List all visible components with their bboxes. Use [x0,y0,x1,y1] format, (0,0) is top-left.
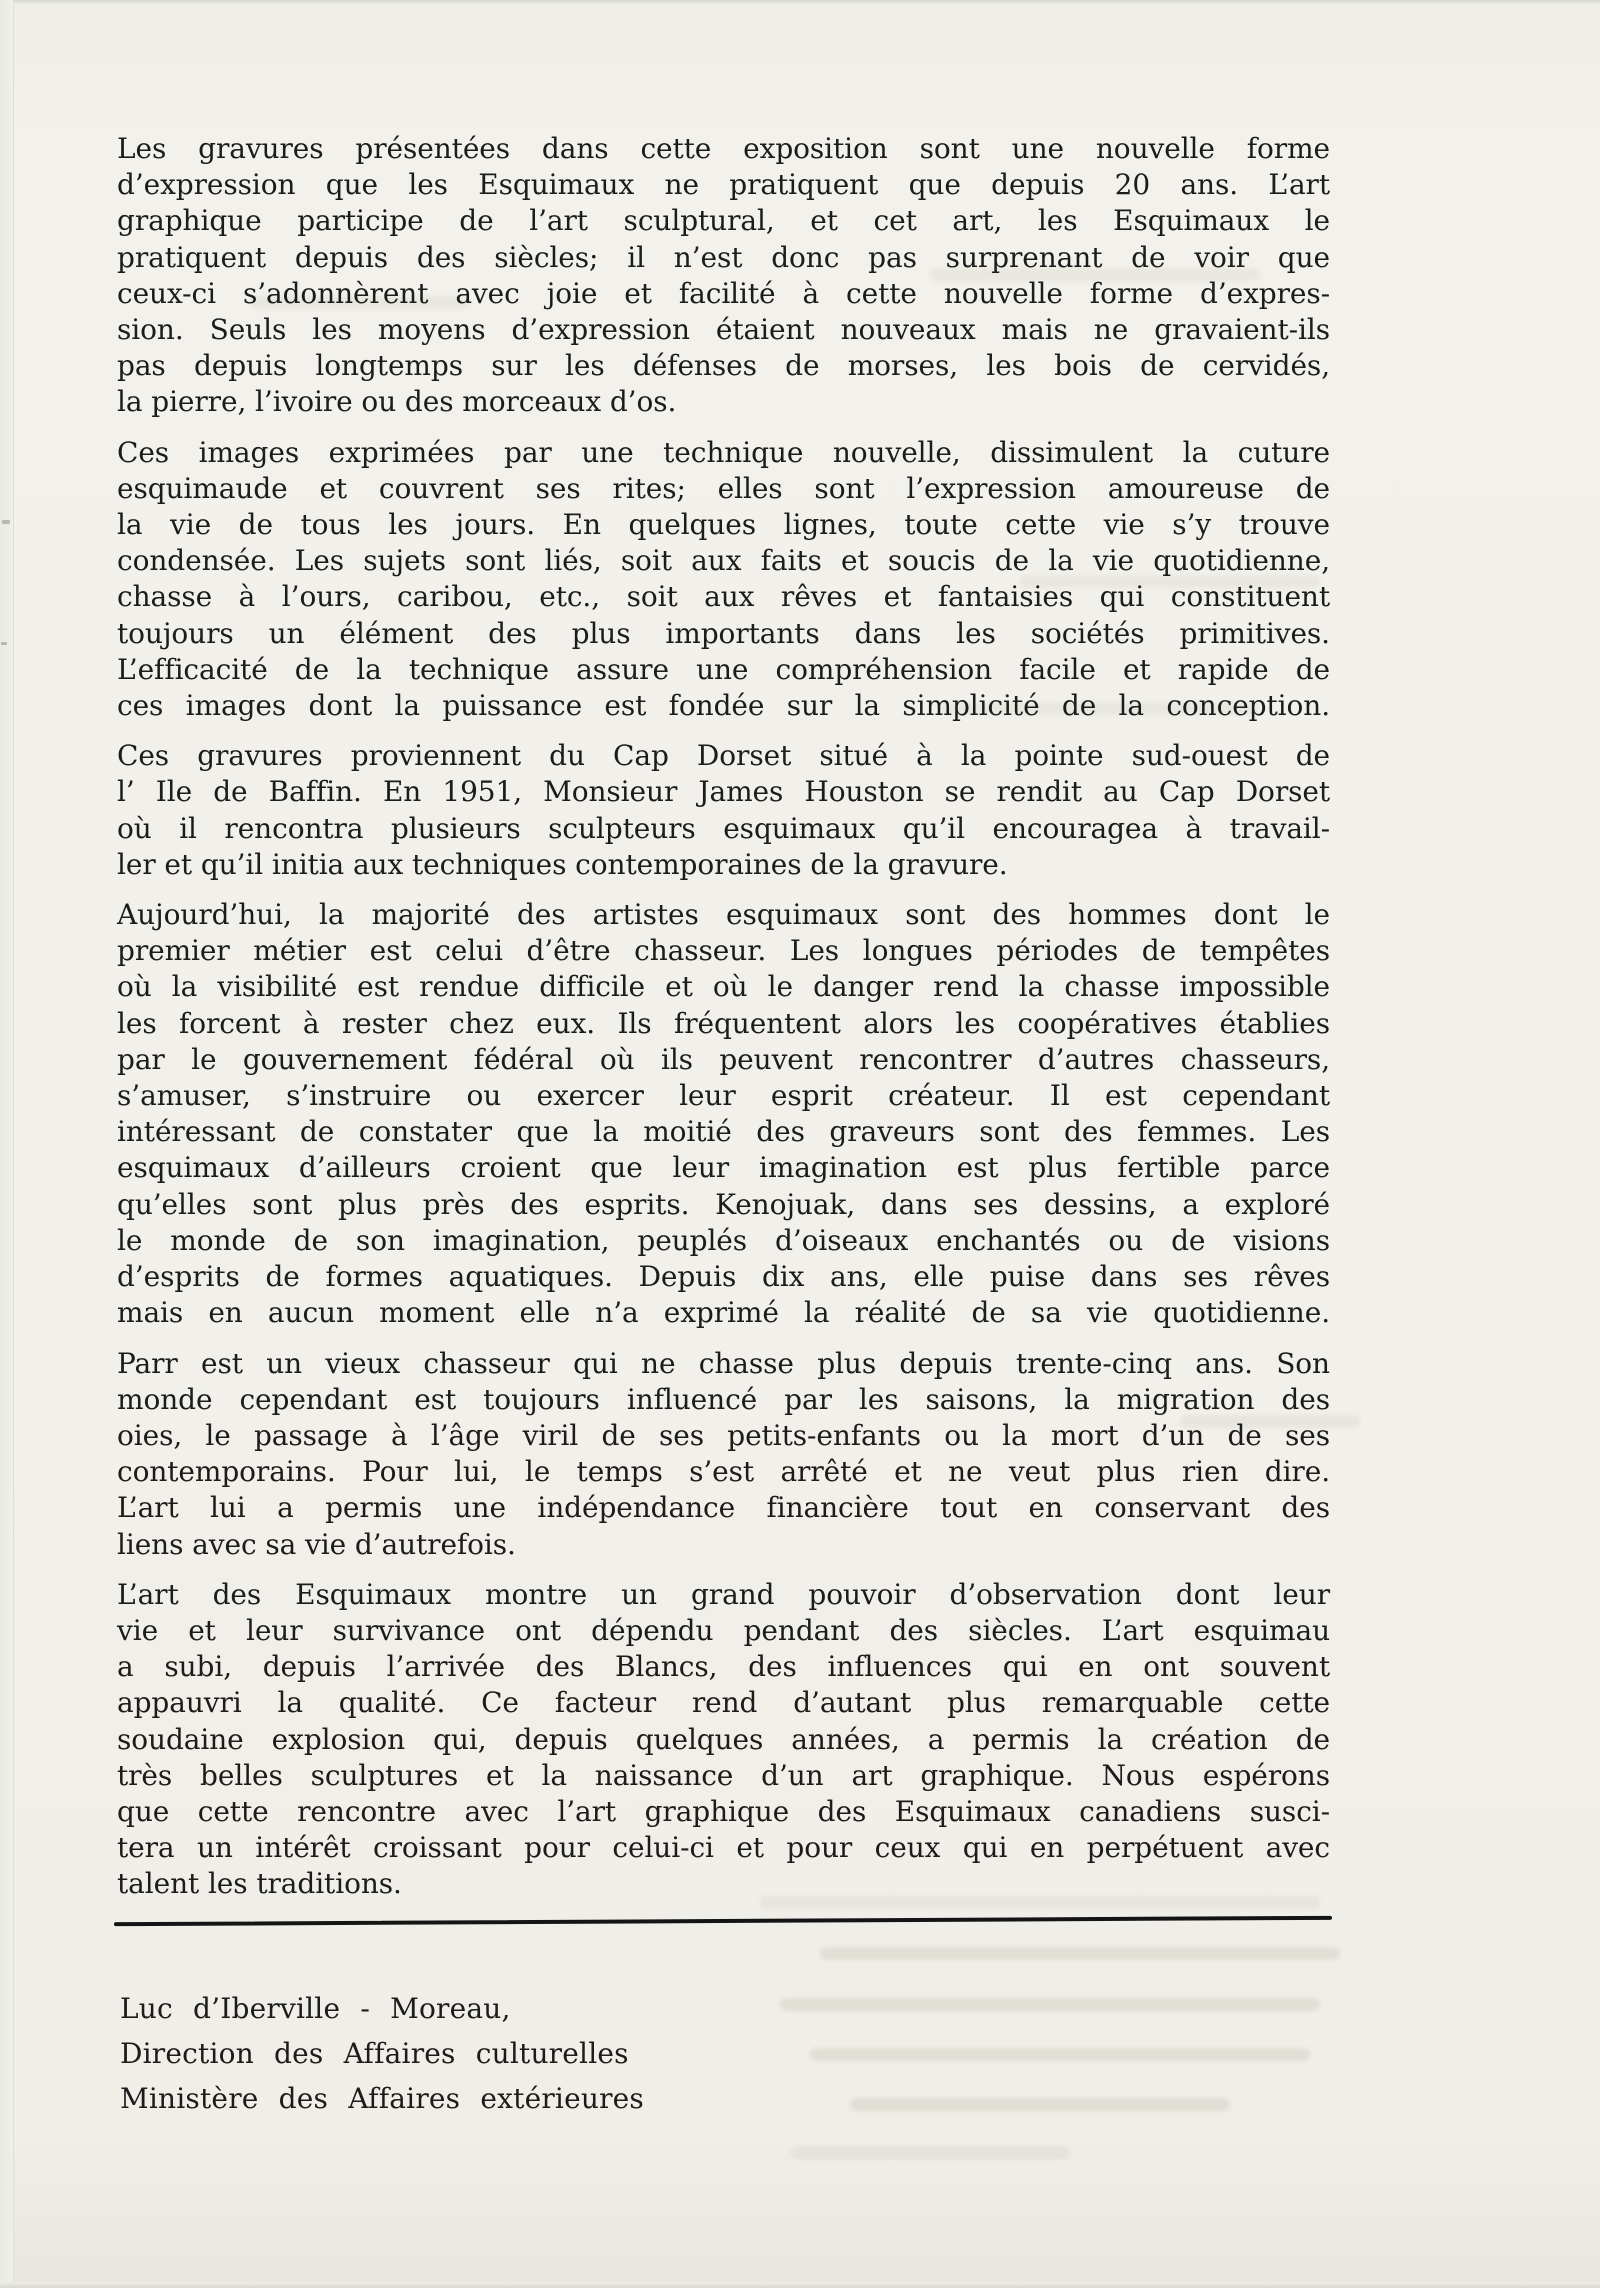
text-line: talent les traditions. [117,1866,1330,1902]
text-line: graphique participe de l’art sculptural,… [117,203,1330,239]
paragraph: Ces images exprimées par une technique n… [117,435,1330,725]
text-line: Aujourd’hui, la majorité des artistes es… [117,897,1330,933]
bleed-through-ghost [820,1947,1340,1960]
text-line: esquimaux d’ailleurs croient que leur im… [117,1150,1330,1186]
bleed-through-ghost [850,2098,1230,2111]
text-line: s’amuser, s’instruire ou exercer leur es… [117,1078,1330,1114]
scan-speck [2,520,10,524]
text-line: soudaine explosion qui, depuis quelques … [117,1722,1330,1758]
text-line: où il rencontra plusieurs sculpteurs esq… [117,811,1330,847]
text-line: les forcent à rester chez eux. Ils fréqu… [117,1006,1330,1042]
page-left-edge [0,0,14,2288]
page-bottom-edge [0,2282,1600,2288]
text-line: L’art des Esquimaux montre un grand pouv… [117,1577,1330,1613]
text-line: vie et leur survivance ont dépendu penda… [117,1613,1330,1649]
text-line: ces images dont la puissance est fondée … [117,688,1330,724]
text-line: mais en aucun moment elle n’a exprimé la… [117,1295,1330,1331]
text-line: pas depuis longtemps sur les défenses de… [117,348,1330,384]
text-line: que cette rencontre avec l’art graphique… [117,1794,1330,1830]
document-body: Les gravures présentées dans cette expos… [117,131,1330,1917]
signature-name: Luc d’Iberville - Moreau, [120,1986,644,2031]
text-line: monde cependant est toujours influencé p… [117,1382,1330,1418]
text-line: liens avec sa vie d’autrefois. [117,1527,1330,1563]
paragraph: L’art des Esquimaux montre un grand pouv… [117,1577,1330,1903]
text-line: d’expression que les Esquimaux ne pratiq… [117,167,1330,203]
text-line: Parr est un vieux chasseur qui ne chasse… [117,1346,1330,1382]
text-line: Ces images exprimées par une technique n… [117,435,1330,471]
text-line: chasse à l’ours, caribou, etc., soit aux… [117,579,1330,615]
signature-block: Luc d’Iberville - Moreau, Direction des … [120,1986,644,2121]
signature-ministry: Ministère des Affaires extérieures [120,2076,644,2121]
text-line: premier métier est celui d’être chasseur… [117,933,1330,969]
text-line: tera un intérêt croissant pour celui-ci … [117,1830,1330,1866]
paragraph: Parr est un vieux chasseur qui ne chasse… [117,1346,1330,1563]
text-line: la pierre, l’ivoire ou des morceaux d’os… [117,384,1330,420]
text-line: Les gravures présentées dans cette expos… [117,131,1330,167]
text-line: d’esprits de formes aquatiques. Depuis d… [117,1259,1330,1295]
text-line: L’art lui a permis une indépendance fina… [117,1490,1330,1526]
paragraph: Aujourd’hui, la majorité des artistes es… [117,897,1330,1331]
paragraph: Ces gravures proviennent du Cap Dorset s… [117,738,1330,883]
text-line: l’ Ile de Baffin. En 1951, Monsieur Jame… [117,774,1330,810]
text-line: esquimaude et couvrent ses rites; elles … [117,471,1330,507]
text-line: sion. Seuls les moyens d’expression étai… [117,312,1330,348]
bleed-through-ghost [790,2146,1070,2159]
text-line: très belles sculptures et la naissance d… [117,1758,1330,1794]
bleed-through-ghost [780,1998,1320,2011]
text-line: appauvri la qualité. Ce facteur rend d’a… [117,1685,1330,1721]
paragraph: Les gravures présentées dans cette expos… [117,131,1330,421]
text-line: par le gouvernement fédéral où ils peuve… [117,1042,1330,1078]
scan-speck [1,642,7,645]
page-top-edge [0,0,1600,4]
text-line: pratiquent depuis des siècles; il n’est … [117,240,1330,276]
text-line: où la visibilité est rendue difficile et… [117,969,1330,1005]
text-line: contemporains. Pour lui, le temps s’est … [117,1454,1330,1490]
text-line: a subi, depuis l’arrivée des Blancs, des… [117,1649,1330,1685]
scanned-page: Les gravures présentées dans cette expos… [0,0,1600,2288]
bleed-through-ghost [810,2048,1310,2061]
text-line: le monde de son imagination, peuplés d’o… [117,1223,1330,1259]
text-line: condensée. Les sujets sont liés, soit au… [117,543,1330,579]
divider-rule [114,1916,1332,1926]
text-line: qu’elles sont plus près des esprits. Ken… [117,1187,1330,1223]
text-line: oies, le passage à l’âge viril de ses pe… [117,1418,1330,1454]
text-line: ler et qu’il initia aux techniques conte… [117,847,1330,883]
text-line: Ces gravures proviennent du Cap Dorset s… [117,738,1330,774]
text-line: intéressant de constater que la moitié d… [117,1114,1330,1150]
text-line: toujours un élément des plus importants … [117,616,1330,652]
signature-department: Direction des Affaires culturelles [120,2031,644,2076]
text-line: L’efficacité de la technique assure une … [117,652,1330,688]
text-line: la vie de tous les jours. En quelques li… [117,507,1330,543]
text-line: ceux-ci s’adonnèrent avec joie et facili… [117,276,1330,312]
